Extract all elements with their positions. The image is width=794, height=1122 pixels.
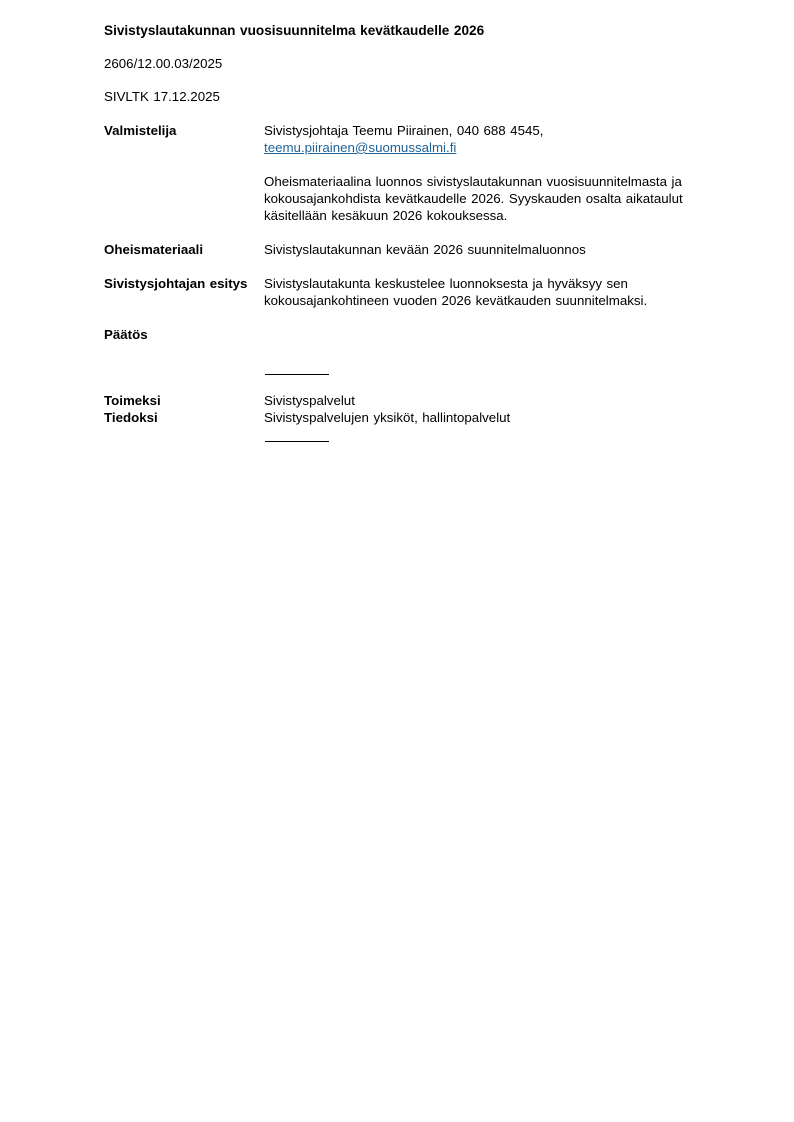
proposal-label: Sivistysjohtajan esitys <box>104 275 264 292</box>
proposal-row: Sivistysjohtajan esitys Sivistyslautakun… <box>104 275 734 309</box>
signature-line-2 <box>265 441 329 442</box>
attachment-value: Sivistyslautakunnan kevään 2026 suunnite… <box>264 241 734 258</box>
preparer-contact-text: Sivistysjohtaja Teemu Piirainen, 040 688… <box>264 123 543 138</box>
preparer-label: Valmistelija <box>104 122 264 139</box>
attachment-label: Oheismateriaali <box>104 241 264 258</box>
attachment-row: Oheismateriaali Sivistyslautakunnan kevä… <box>104 241 734 258</box>
notification-row: Tiedoksi Sivistyspalvelujen yksiköt, hal… <box>104 409 734 426</box>
assignment-label: Toimeksi <box>104 392 264 409</box>
decision-row: Päätös <box>104 326 734 343</box>
proposal-value: Sivistyslautakunta keskustelee luonnokse… <box>264 275 734 309</box>
preparer-row: Valmistelija Sivistysjohtaja Teemu Piira… <box>104 122 734 156</box>
signature-line <box>265 374 329 375</box>
page-title: Sivistyslautakunnan vuosisuunnitelma kev… <box>104 22 734 39</box>
notification-label: Tiedoksi <box>104 409 264 426</box>
assignment-value: Sivistyspalvelut <box>264 392 734 409</box>
diary-number: 2606/12.00.03/2025 <box>104 55 734 72</box>
notification-value: Sivistyspalvelujen yksiköt, hallintopalv… <box>264 409 734 426</box>
attachment-note-row: Oheismateriaalina luonnos sivistyslautak… <box>104 173 734 224</box>
preparer-value: Sivistysjohtaja Teemu Piirainen, 040 688… <box>264 122 734 156</box>
attachment-note-text: Oheismateriaalina luonnos sivistyslautak… <box>264 173 734 224</box>
section-code: SIVLTK 17.12.2025 <box>104 88 734 105</box>
decision-label: Päätös <box>104 326 264 343</box>
assignment-row: Toimeksi Sivistyspalvelut <box>104 392 734 409</box>
preparer-email-link[interactable]: teemu.piirainen@suomussalmi.fi <box>264 140 456 155</box>
document-page: Sivistyslautakunnan vuosisuunnitelma kev… <box>0 0 794 1122</box>
